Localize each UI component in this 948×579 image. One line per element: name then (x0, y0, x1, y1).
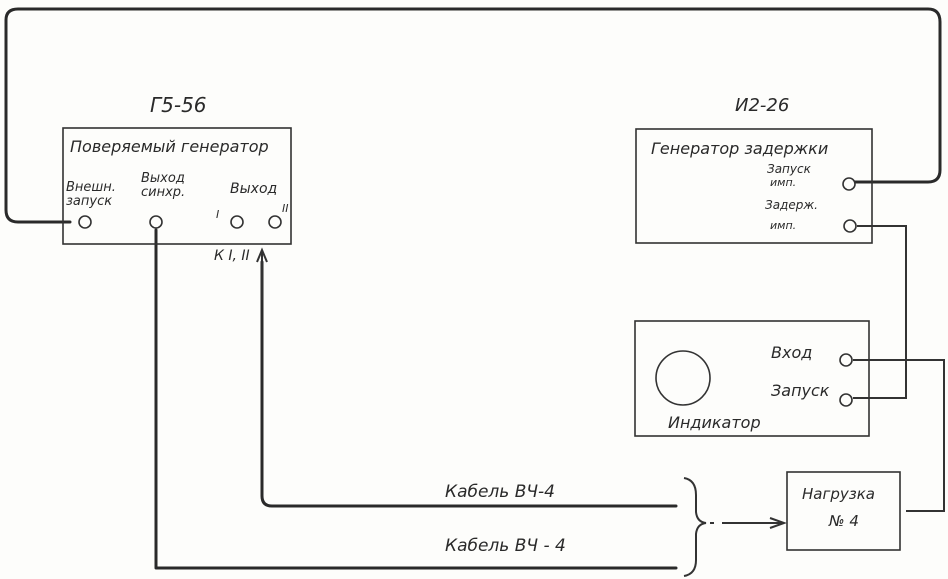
wire-delay-to-indicator (853, 226, 906, 398)
delayed-pulse-jack[interactable] (844, 220, 856, 232)
ext-trigger-label-2: запуск (66, 194, 112, 209)
trigger-pulse-label-1: Запуск (767, 162, 812, 176)
delayed-pulse-label-2: имп. (770, 219, 796, 232)
cable-label-1: Кабель ВЧ-4 (445, 482, 555, 502)
connection-diagram: Г5-56 Поверяемый генератор Внешн. запуск… (0, 0, 948, 579)
ext-trigger-jack[interactable] (79, 216, 91, 228)
output-label: Выход (230, 181, 277, 197)
indicator-trigger-label: Запуск (771, 381, 830, 400)
delayed-pulse-label-1: Задерж. (765, 198, 818, 212)
trigger-pulse-jack[interactable] (843, 178, 855, 190)
delay-generator-title: Генератор задержки (651, 139, 828, 158)
generator-title: Поверяемый генератор (70, 137, 269, 156)
connector-note: К I, II (214, 248, 250, 264)
sync-out-label-2: синхр. (141, 185, 185, 200)
ext-trigger-label-1: Внешн. (66, 180, 116, 195)
indicator-screen (656, 351, 710, 405)
cable-brace (684, 478, 706, 576)
sync-out-label-1: Выход (141, 171, 185, 186)
sync-out-jack[interactable] (150, 216, 162, 228)
cable-label-2: Кабель ВЧ - 4 (445, 536, 566, 556)
output-mark-1: I (216, 208, 219, 221)
indicator-trigger-jack[interactable] (840, 394, 852, 406)
delay-generator-model: И2-26 (735, 95, 789, 116)
indicator-input-jack[interactable] (840, 354, 852, 366)
arrow-to-load (710, 518, 784, 528)
output-2-jack[interactable] (269, 216, 281, 228)
trigger-pulse-label-2: имп. (770, 176, 796, 189)
generator-model: Г5-56 (150, 93, 207, 117)
indicator-input-label: Вход (771, 343, 812, 362)
cable-output (262, 262, 676, 506)
output-1-jack[interactable] (231, 216, 243, 228)
cable-sync-out (156, 230, 676, 568)
output-mark-2: II (282, 202, 289, 215)
indicator-title: Индикатор (668, 413, 761, 432)
arrow-to-output (257, 250, 267, 300)
load-box (787, 472, 900, 550)
load-title-1: Нагрузка (802, 485, 875, 503)
load-title-2: № 4 (828, 512, 859, 530)
